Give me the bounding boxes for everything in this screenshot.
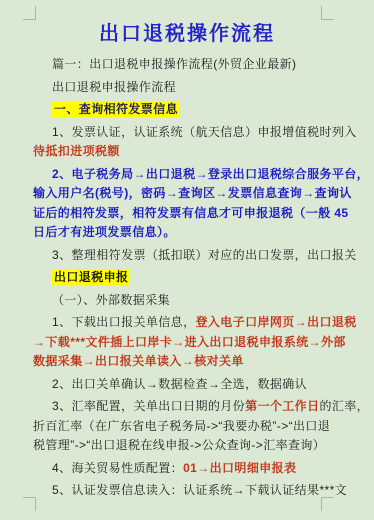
text-segment: 1、发票认证，认证系统（航天信息）申报增值税时列入 (52, 125, 357, 139)
doc-body: 篇一：出口退税申报操作流程(外贸企业最新)出口退税申报操作流程一、查询相符发票信… (33, 52, 333, 501)
doc-line: 数据采集→出口报关单读入→核对关单 (33, 352, 333, 372)
text-segment: 篇一：出口退税申报操作流程(外贸企业最新) (52, 57, 296, 71)
doc-line: 1、下载出口报关单信息，登入电子口岸网页→出口退税 (33, 313, 333, 333)
text-segment: 2、电子税务局→出口退税→登录出口退税综合服务平台， (52, 167, 369, 181)
doc-line: 3、整理相符发票（抵扣联）对应的出口发票，出口报关 (33, 246, 333, 266)
doc-line: 4、海关贸易性质配置：01→出口明细申报表 (33, 459, 333, 479)
text-segment: 第一个工作日 (245, 399, 319, 413)
text-segment: 数据采集→出口报关单读入→核对关单 (33, 354, 244, 368)
text-segment: 出口退税申报操作流程 (52, 80, 176, 94)
text-segment: 折百汇率（在广东省电子税务局->“我要办税”->“出口退 (33, 419, 330, 433)
doc-line: 折百汇率（在广东省电子税务局->“我要办税”->“出口退 (33, 417, 333, 437)
document-page: 出口退税操作流程 篇一：出口退税申报操作流程(外贸企业最新)出口退税申报操作流程… (0, 0, 374, 520)
text-segment: 3、整理相符发票（抵扣联）对应的出口发票，出口报关 (52, 248, 357, 262)
text-segment: 的汇率， (319, 399, 369, 413)
text-segment: 证后的相符发票，相符发票有信息才可申报退税（一般 45 (33, 206, 348, 220)
text-segment: 1、下载出口报关单信息， (52, 315, 195, 329)
text-segment: 税管理”->“出口退税在线申报->公众查询->汇率查询） (33, 438, 325, 452)
text-segment: 3、汇率配置，关单出口日期的月份 (52, 399, 245, 413)
doc-line: 3、汇率配置，关单出口日期的月份第一个工作日的汇率， (33, 397, 333, 417)
doc-line: 5、认证发票信息读入：认证系统→下载认证结果***文 (33, 481, 333, 501)
margin-mark-top-left (23, 6, 36, 20)
doc-line: 出口退税申报 (33, 268, 333, 288)
text-segment: 01→出口明细申报表 (183, 461, 296, 475)
doc-line: 出口退税申报操作流程 (33, 78, 333, 98)
doc-line: （一）、外部数据采集 (33, 291, 333, 311)
doc-line: 输入用户名(税号)，密码→查询区→发票信息查询→查询认 (33, 184, 333, 204)
doc-line: 2、出口关单确认→数据检查→全选，数据确认 (33, 375, 333, 395)
text-segment: 4、海关贸易性质配置： (52, 461, 183, 475)
doc-line: 2、电子税务局→出口退税→登录出口退税综合服务平台， (33, 165, 333, 185)
doc-line: 待抵扣进项税额 (33, 142, 333, 162)
doc-line: 税管理”->“出口退税在线申报->公众查询->汇率查询） (33, 436, 333, 456)
text-segment: （一）、外部数据采集 (52, 293, 170, 307)
doc-line: →下载***文件插上口岸卡→进入出口退税申报系统→外部 (33, 333, 333, 353)
text-segment: →下载***文件插上口岸卡→进入出口退税申报系统→外部 (33, 335, 346, 349)
doc-title: 出口退税操作流程 (0, 21, 374, 47)
text-segment: 待抵扣进项税额 (33, 144, 120, 158)
margin-mark-top-right (321, 6, 334, 20)
text-segment: 5、认证发票信息读入：认证系统→下载认证结果***文 (52, 483, 347, 497)
doc-line: 日后才有进项发票信息）。 (33, 223, 333, 243)
text-segment: 输入用户名(税号)，密码→查询区→发票信息查询→查询认 (33, 186, 352, 200)
highlighted-heading: 一、查询相符发票信息 (52, 101, 180, 117)
highlighted-heading: 出口退税申报 (52, 269, 130, 285)
text-segment: 登入电子口岸网页→出口退税 (195, 315, 356, 329)
doc-line: 篇一：出口退税申报操作流程(外贸企业最新) (33, 55, 333, 75)
doc-line: 1、发票认证，认证系统（航天信息）申报增值税时列入 (33, 123, 333, 143)
doc-line: 证后的相符发票，相符发票有信息才可申报退税（一般 45 (33, 204, 333, 224)
doc-line: 一、查询相符发票信息 (33, 100, 333, 120)
text-segment: 2、出口关单确认→数据检查→全选，数据确认 (52, 377, 307, 391)
text-segment: 日后才有进项发票信息）。 (33, 225, 176, 239)
